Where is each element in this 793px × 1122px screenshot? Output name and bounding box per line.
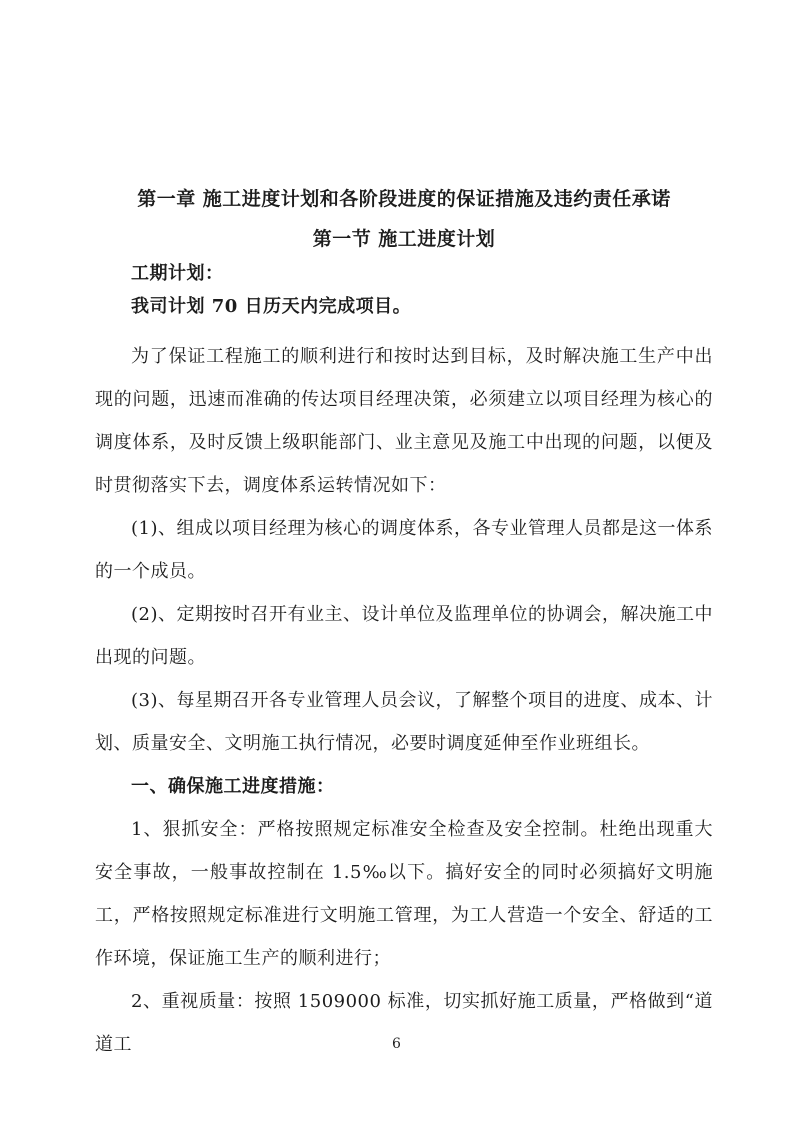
section-title: 第一节 施工进度计划 bbox=[95, 226, 713, 252]
safety-measure-paragraph: 1、狠抓安全：严格按照规定标准安全检查及安全控制。杜绝出现重大安全事故，一般事故… bbox=[95, 808, 713, 980]
duration-plan-statement: 我司计划 70 日历天内完成项目。 bbox=[95, 290, 713, 323]
duration-plan-heading: 工期计划： bbox=[95, 257, 713, 290]
page-number: 6 bbox=[0, 1036, 793, 1052]
measures-section-heading: 一、确保施工进度措施： bbox=[95, 765, 713, 808]
dispatch-item-3: (3)、每星期召开各专业管理人员会议，了解整个项目的进度、成本、计划、质量安全、… bbox=[95, 679, 713, 765]
quality-measure-paragraph: 2、重视质量：按照 1509000 标准，切实抓好施工质量，严格做到“道道工 bbox=[95, 980, 713, 1066]
dispatch-item-1: (1)、组成以项目经理为核心的调度体系，各专业管理人员都是这一体系的一个成员。 bbox=[95, 507, 713, 593]
document-content: 第一章 施工进度计划和各阶段进度的保证措施及违约责任承诺 第一节 施工进度计划 … bbox=[95, 186, 713, 1066]
chapter-title: 第一章 施工进度计划和各阶段进度的保证措施及违约责任承诺 bbox=[95, 186, 713, 212]
dispatch-item-2: (2)、定期按时召开有业主、设计单位及监理单位的协调会，解决施工中出现的问题。 bbox=[95, 593, 713, 679]
intro-paragraph: 为了保证工程施工的顺利进行和按时达到目标，及时解决施工生产中出现的问题，迅速而准… bbox=[95, 335, 713, 507]
document-page: 第一章 施工进度计划和各阶段进度的保证措施及违约责任承诺 第一节 施工进度计划 … bbox=[0, 0, 793, 1122]
